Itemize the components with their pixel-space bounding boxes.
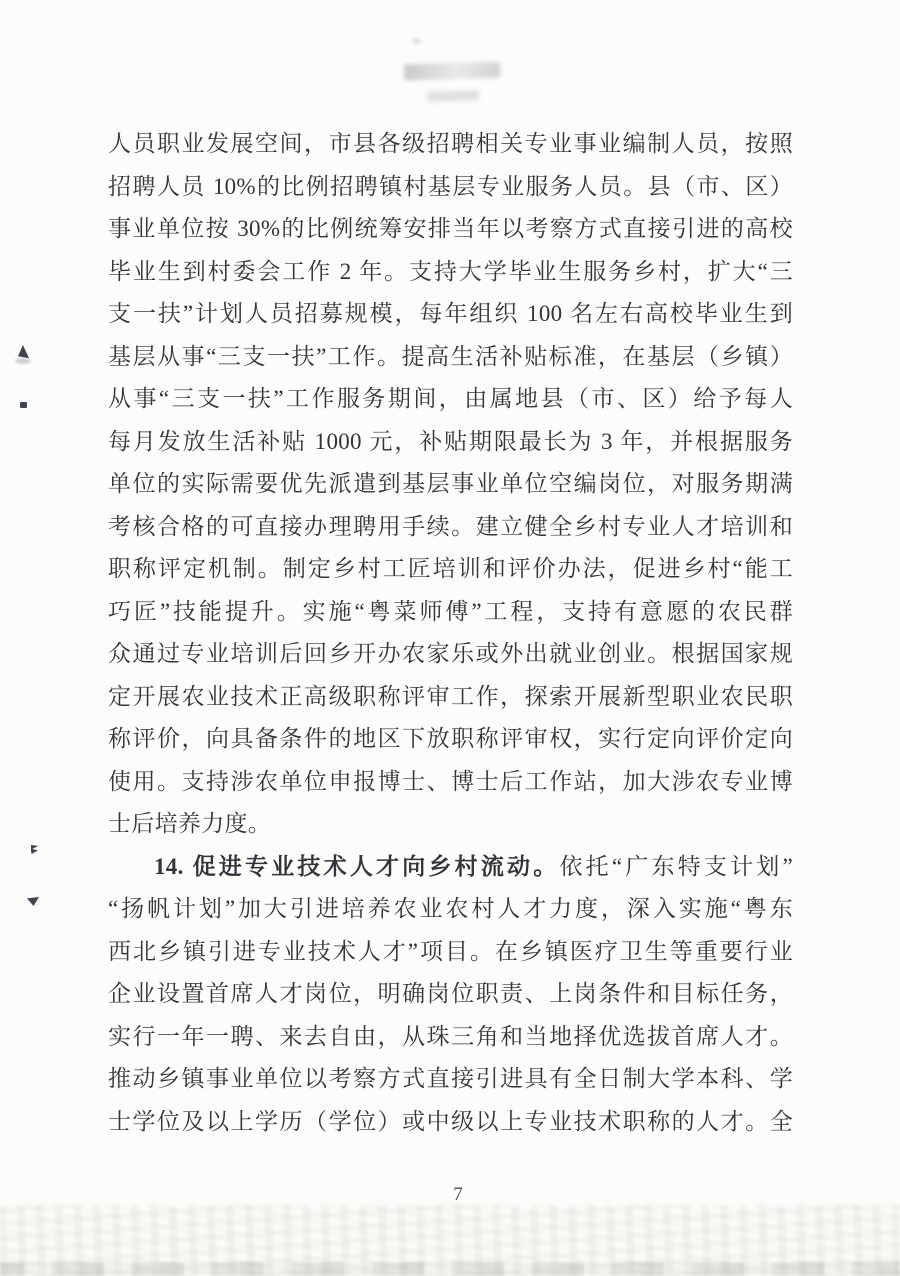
text-line: 实行一年一聘、来去自由，从珠三角和当地择优选拔首席人才。 — [108, 1016, 793, 1059]
text-line: 14. 促进专业技术人才向乡村流动。依托“广东特支计划” — [108, 846, 793, 889]
text-line: 从事“三支一扶”工作服务期间，由属地县（市、区）给予每人 — [108, 378, 793, 421]
scan-mark — [18, 345, 29, 359]
text-segment: 支一扶”计划人员招募规模，每年组织 100 名左右高校毕业生到 — [108, 301, 793, 326]
text-line: 推动乡镇事业单位以考察方式直接引进具有全日制大学本科、学 — [108, 1058, 793, 1101]
text-segment: 称评价，向具备条件的地区下放职称评审权，实行定向评价定向 — [108, 726, 793, 751]
text-line: 众通过专业培训后回乡开办农家乐或外出就业创业。根据国家规 — [108, 633, 793, 676]
text-line: 称评价，向具备条件的地区下放职称评审权，实行定向评价定向 — [108, 718, 793, 761]
text-line: 定开展农业技术正高级职称评审工作，探索开展新型职业农民职 — [108, 676, 793, 719]
text-segment: 招聘人员 10%的比例招聘镇村基层专业服务人员。县（市、区） — [108, 174, 793, 199]
text-segment: 士后培养力度。 — [108, 811, 271, 836]
scan-smudge — [404, 62, 500, 81]
text-segment: 推动乡镇事业单位以考察方式直接引进具有全日制大学本科、学 — [108, 1066, 793, 1091]
text-segment: “扬帆计划”加大引进培养农业农村人才力度，深入实施“粤东 — [108, 896, 793, 921]
text-segment: 定开展农业技术正高级职称评审工作，探索开展新型职业农民职 — [108, 684, 793, 709]
text-segment: 考核合格的可直接办理聘用手续。建立健全乡村专业人才培训和 — [108, 514, 793, 539]
scan-noise-edge — [0, 1262, 900, 1276]
text-line: “扬帆计划”加大引进培养农业农村人才力度，深入实施“粤东 — [108, 888, 793, 931]
text-line: 支一扶”计划人员招募规模，每年组织 100 名左右高校毕业生到 — [108, 293, 793, 336]
text-line: 毕业生到村委会工作 2 年。支持大学毕业生服务乡村，扩大“三 — [108, 251, 793, 294]
scan-smudge — [427, 90, 479, 102]
document-body: 人员职业发展空间，市县各级招聘相关专业事业编制人员，按照招聘人员 10%的比例招… — [108, 123, 793, 1143]
text-line: 士学位及以上学历（学位）或中级以上专业技术职称的人才。全 — [108, 1101, 793, 1144]
scan-mark — [31, 845, 38, 854]
page-number: 7 — [440, 1184, 476, 1206]
text-line: 基层从事“三支一扶”工作。提高生活补贴标准，在基层（乡镇） — [108, 336, 793, 379]
bold-text-segment: 14. 促进专业技术人才向乡村流动。 — [154, 854, 559, 879]
text-segment: 依托“广东特支计划” — [559, 854, 793, 879]
text-segment: 毕业生到村委会工作 2 年。支持大学毕业生服务乡村，扩大“三 — [108, 259, 793, 284]
text-segment: 使用。支持涉农单位申报博士、博士后工作站，加大涉农专业博 — [108, 769, 793, 794]
text-segment: 人员职业发展空间，市县各级招聘相关专业事业编制人员，按照 — [108, 131, 793, 156]
text-line: 士后培养力度。 — [108, 803, 793, 846]
scan-mark — [15, 358, 31, 364]
text-line: 职称评定机制。制定乡村工匠培训和评价办法，促进乡村“能工 — [108, 548, 793, 591]
text-segment: 单位的实际需要优先派遣到基层事业单位空编岗位，对服务期满 — [108, 471, 793, 496]
text-line: 西北乡镇引进专业技术人才”项目。在乡镇医疗卫生等重要行业 — [108, 931, 793, 974]
text-segment: 从事“三支一扶”工作服务期间，由属地县（市、区）给予每人 — [108, 386, 793, 411]
text-segment: 实行一年一聘、来去自由，从珠三角和当地择优选拔首席人才。 — [108, 1024, 793, 1049]
text-line: 巧匠”技能提升。实施“粤菜师傅”工程，支持有意愿的农民群 — [108, 591, 793, 634]
text-line: 单位的实际需要优先派遣到基层事业单位空编岗位，对服务期满 — [108, 463, 793, 506]
scan-mark — [27, 897, 39, 906]
text-segment: 巧匠”技能提升。实施“粤菜师傅”工程，支持有意愿的农民群 — [108, 599, 793, 624]
text-line: 招聘人员 10%的比例招聘镇村基层专业服务人员。县（市、区） — [108, 166, 793, 209]
text-line: 人员职业发展空间，市县各级招聘相关专业事业编制人员，按照 — [108, 123, 793, 166]
text-segment: 每月发放生活补贴 1000 元，补贴期限最长为 3 年，并根据服务 — [108, 429, 793, 454]
text-segment: 士学位及以上学历（学位）或中级以上专业技术职称的人才。全 — [108, 1109, 793, 1134]
document-page: 人员职业发展空间，市县各级招聘相关专业事业编制人员，按照招聘人员 10%的比例招… — [0, 0, 900, 1276]
text-segment: 西北乡镇引进专业技术人才”项目。在乡镇医疗卫生等重要行业 — [108, 939, 793, 964]
text-line: 企业设置首席人才岗位，明确岗位职责、上岗条件和目标任务， — [108, 973, 793, 1016]
text-segment: 职称评定机制。制定乡村工匠培训和评价办法，促进乡村“能工 — [108, 556, 793, 581]
text-line: 每月发放生活补贴 1000 元，补贴期限最长为 3 年，并根据服务 — [108, 421, 793, 464]
text-segment: 基层从事“三支一扶”工作。提高生活补贴标准，在基层（乡镇） — [108, 344, 793, 369]
text-line: 事业单位按 30%的比例统筹安排当年以考察方式直接引进的高校 — [108, 208, 793, 251]
text-segment: 众通过专业培训后回乡开办农家乐或外出就业创业。根据国家规 — [108, 641, 793, 666]
scan-mark — [20, 402, 27, 408]
scan-speck — [412, 38, 421, 44]
text-segment: 事业单位按 30%的比例统筹安排当年以考察方式直接引进的高校 — [108, 216, 793, 241]
text-line: 考核合格的可直接办理聘用手续。建立健全乡村专业人才培训和 — [108, 506, 793, 549]
text-segment: 企业设置首席人才岗位，明确岗位职责、上岗条件和目标任务， — [108, 981, 793, 1006]
text-line: 使用。支持涉农单位申报博士、博士后工作站，加大涉农专业博 — [108, 761, 793, 804]
